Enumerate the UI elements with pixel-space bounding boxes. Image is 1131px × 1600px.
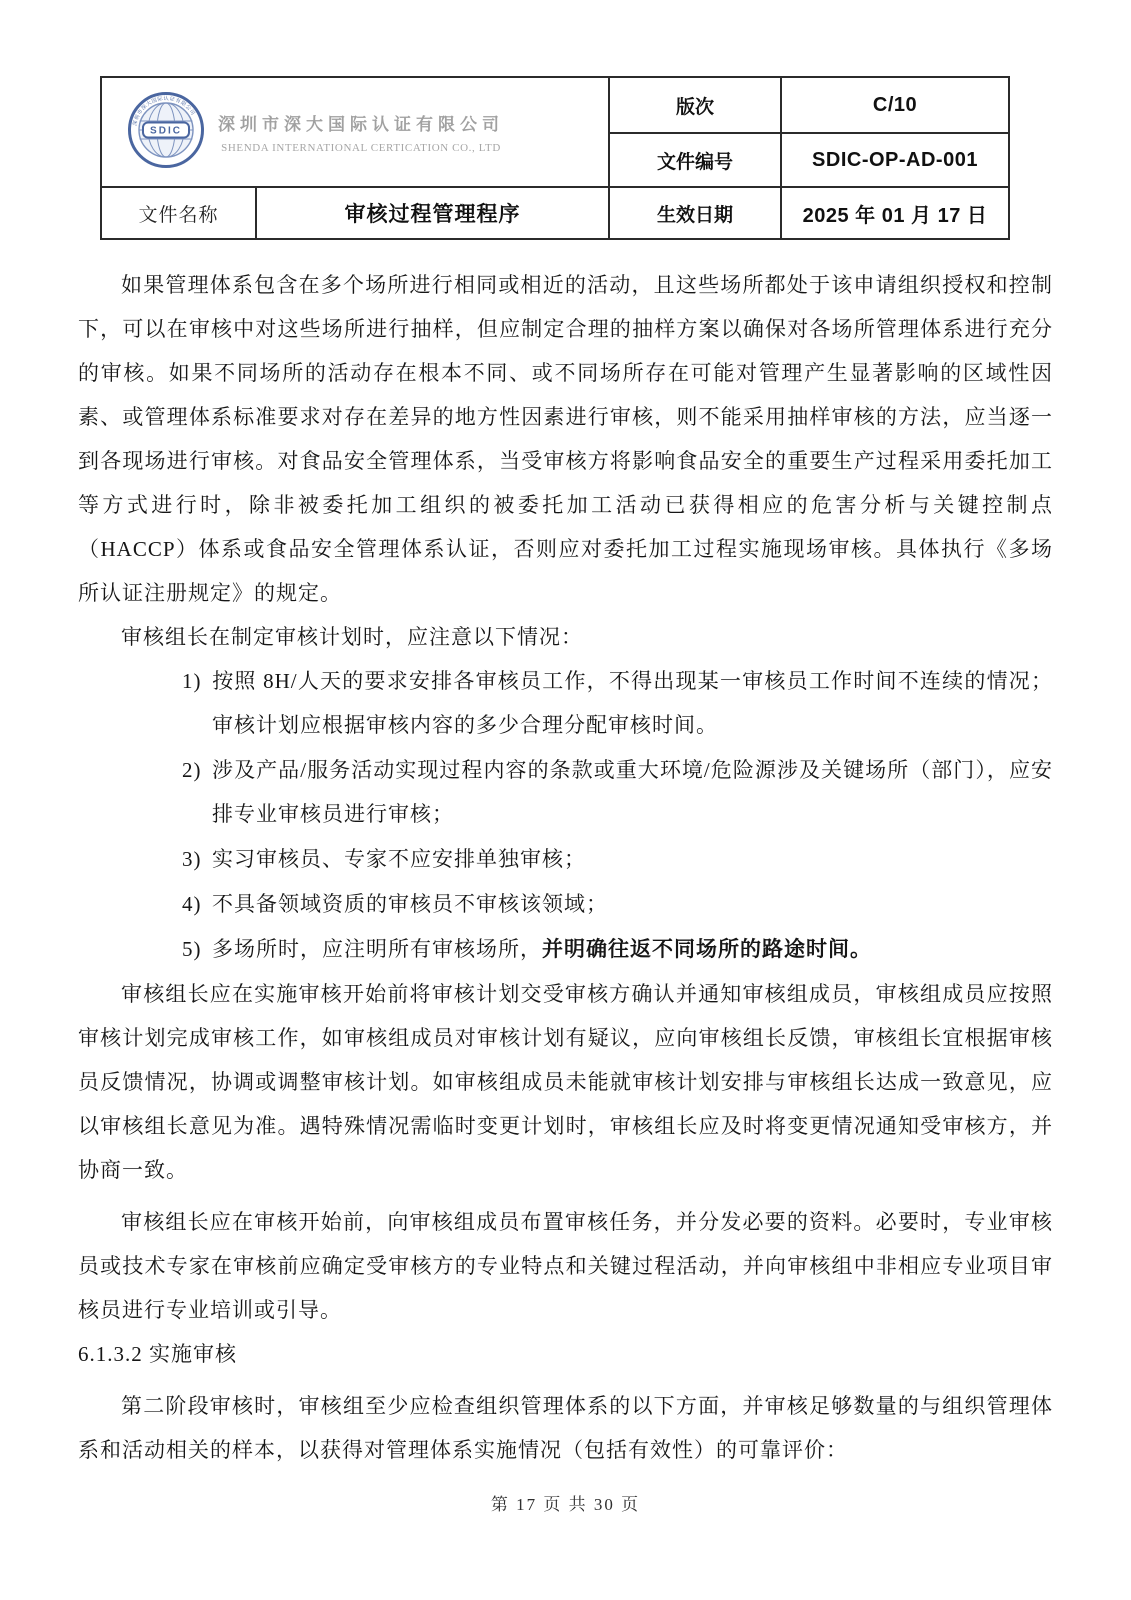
document-page: 深圳市深大国际认证有限公司 SDIC 深圳市深大国际认证有限公司 SHENDA … xyxy=(0,0,1131,1600)
doc-name-label: 文件名称 xyxy=(101,187,256,239)
document-body: 如果管理体系包含在多个场所进行相同或相近的活动，且这些场所都处于该申请组织授权和… xyxy=(78,263,1053,1472)
list-item-text: 不具备领域资质的审核员不审核该领域； xyxy=(212,892,608,916)
logo-cell: 深圳市深大国际认证有限公司 SDIC 深圳市深大国际认证有限公司 SHENDA … xyxy=(101,77,609,187)
list-item-text: 涉及产品/服务活动实现过程内容的条款或重大环境/危险源涉及关键场所（部门），应安… xyxy=(212,758,1053,826)
svg-text:SDIC: SDIC xyxy=(150,125,182,136)
list-item: 2)涉及产品/服务活动实现过程内容的条款或重大环境/危险源涉及关键场所（部门），… xyxy=(182,748,1053,837)
list-item-text: 多场所时，应注明所有审核场所， xyxy=(212,937,542,961)
doc-name-value: 审核过程管理程序 xyxy=(256,187,609,239)
list-item-number: 5) xyxy=(182,927,212,971)
paragraph-plan-intro: 审核组长在制定审核计划时，应注意以下情况： xyxy=(78,615,1053,659)
list-item-number: 3) xyxy=(182,837,212,881)
company-name-en: SHENDA INTERNATIONAL CERTICATION CO., LT… xyxy=(218,142,504,154)
list-item: 3)实习审核员、专家不应安排单独审核； xyxy=(182,837,1053,882)
effective-date-value: 2025 年 01 月 17 日 xyxy=(781,187,1009,239)
list-item-number: 2) xyxy=(182,748,212,792)
version-value: C/10 xyxy=(781,77,1009,133)
paragraph-stage2-audit: 第二阶段审核时，审核组至少应检查组织管理体系的以下方面，并审核足够数量的与组织管… xyxy=(78,1384,1053,1472)
version-label: 版次 xyxy=(609,77,781,133)
list-item-bold-text: 并明确往返不同场所的路途时间。 xyxy=(542,938,872,961)
list-item: 4)不具备领域资质的审核员不审核该领域； xyxy=(182,882,1053,927)
paragraph-multisite-sampling: 如果管理体系包含在多个场所进行相同或相近的活动，且这些场所都处于该申请组织授权和… xyxy=(78,263,1053,615)
audit-plan-rules-list: 1)按照 8H/人天的要求安排各审核员工作，不得出现某一审核员工作时间不连续的情… xyxy=(78,659,1053,972)
list-item-number: 1) xyxy=(182,659,212,703)
list-item-text: 实习审核员、专家不应安排单独审核； xyxy=(212,847,586,871)
doc-number-label: 文件编号 xyxy=(609,133,781,187)
company-name-cn: 深圳市深大国际认证有限公司 xyxy=(218,110,504,135)
list-item: 1)按照 8H/人天的要求安排各审核员工作，不得出现某一审核员工作时间不连续的情… xyxy=(182,659,1053,748)
sdic-seal-icon: 深圳市深大国际认证有限公司 SDIC xyxy=(126,89,206,176)
effective-date-label: 生效日期 xyxy=(609,187,781,239)
page-number-footer: 第 17 页 共 30 页 xyxy=(0,1490,1131,1515)
doc-number-value: SDIC-OP-AD-001 xyxy=(781,133,1009,187)
list-item: 5)多场所时，应注明所有审核场所，并明确往返不同场所的路途时间。 xyxy=(182,927,1053,972)
paragraph-plan-confirmation: 审核组长应在实施审核开始前将审核计划交受审核方确认并通知审核组成员，审核组成员应… xyxy=(78,972,1053,1192)
list-item-text: 按照 8H/人天的要求安排各审核员工作，不得出现某一审核员工作时间不连续的情况；… xyxy=(212,669,1053,737)
document-header-table: 深圳市深大国际认证有限公司 SDIC 深圳市深大国际认证有限公司 SHENDA … xyxy=(100,76,1010,240)
paragraph-task-assignment: 审核组长应在审核开始前，向审核组成员布置审核任务，并分发必要的资料。必要时，专业… xyxy=(78,1200,1053,1332)
list-item-number: 4) xyxy=(182,882,212,926)
section-heading-6132: 6.1.3.2 实施审核 xyxy=(78,1332,1053,1376)
